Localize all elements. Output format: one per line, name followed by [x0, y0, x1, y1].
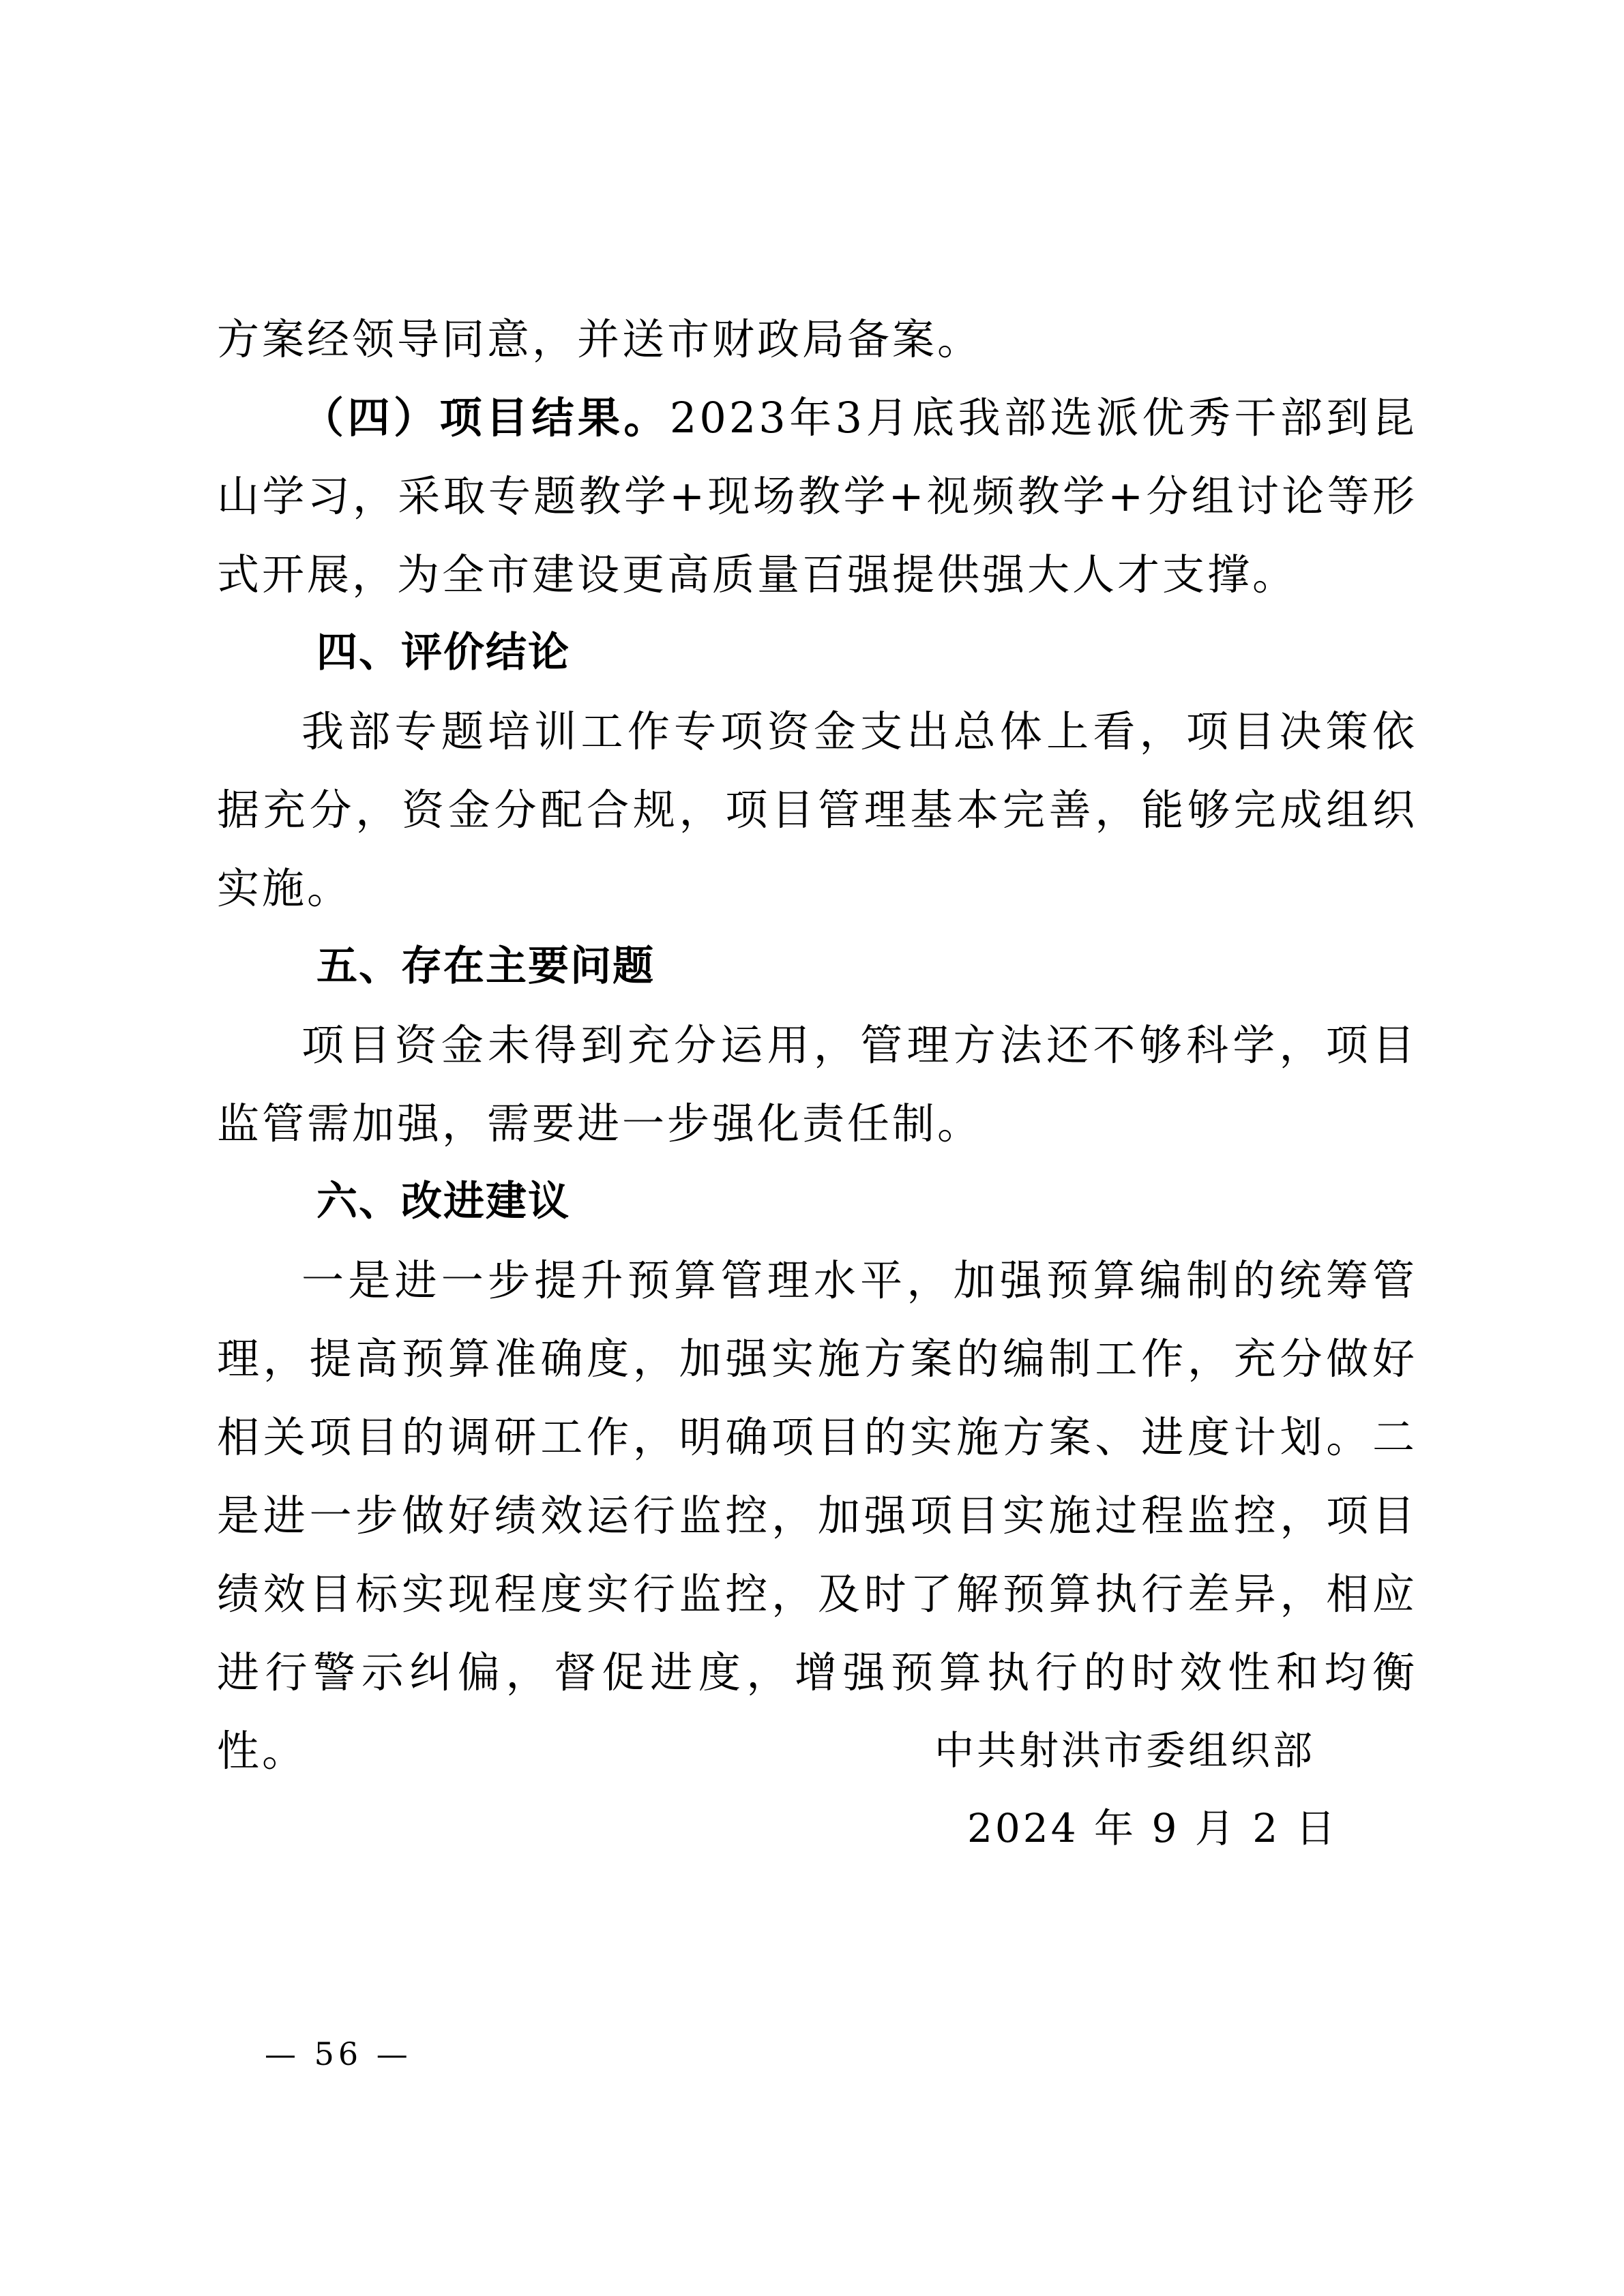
subheading-project-result: （四）项目结果。	[301, 393, 670, 443]
signature-organization: 中共射洪市委组织部	[934, 1718, 1315, 1776]
signature-date: 2024 年 9 月 2 日	[967, 1796, 1338, 1853]
heading-evaluation-conclusion: 四、评价结论	[217, 614, 1417, 692]
paragraph-continuation: 方案经领导同意，并送市财政局备案。	[217, 300, 1417, 378]
paragraph-main-problems: 项目资金未得到充分运用，管理方法还不够科学，项目监管需加强，需要进一步强化责任制…	[217, 1006, 1417, 1163]
heading-main-problems: 五、存在主要问题	[217, 927, 1417, 1006]
heading-improvement-suggestions: 六、改进建议	[217, 1163, 1417, 1241]
document-page: 方案经领导同意，并送市财政局备案。 （四）项目结果。2023年3月底我部选派优秀…	[0, 0, 1624, 2296]
paragraph-project-result: （四）项目结果。2023年3月底我部选派优秀干部到昆山学习，采取专题教学+现场教…	[217, 378, 1417, 614]
paragraph-improvement-suggestions: 一是进一步提升预算管理水平，加强预算编制的统筹管理，提高预算准确度，加强实施方案…	[217, 1241, 1417, 1790]
document-body: 方案经领导同意，并送市财政局备案。 （四）项目结果。2023年3月底我部选派优秀…	[217, 300, 1417, 1790]
page-number: — 56 —	[265, 2036, 412, 2072]
paragraph-evaluation-conclusion: 我部专题培训工作专项资金支出总体上看，项目决策依据充分，资金分配合规，项目管理基…	[217, 692, 1417, 927]
